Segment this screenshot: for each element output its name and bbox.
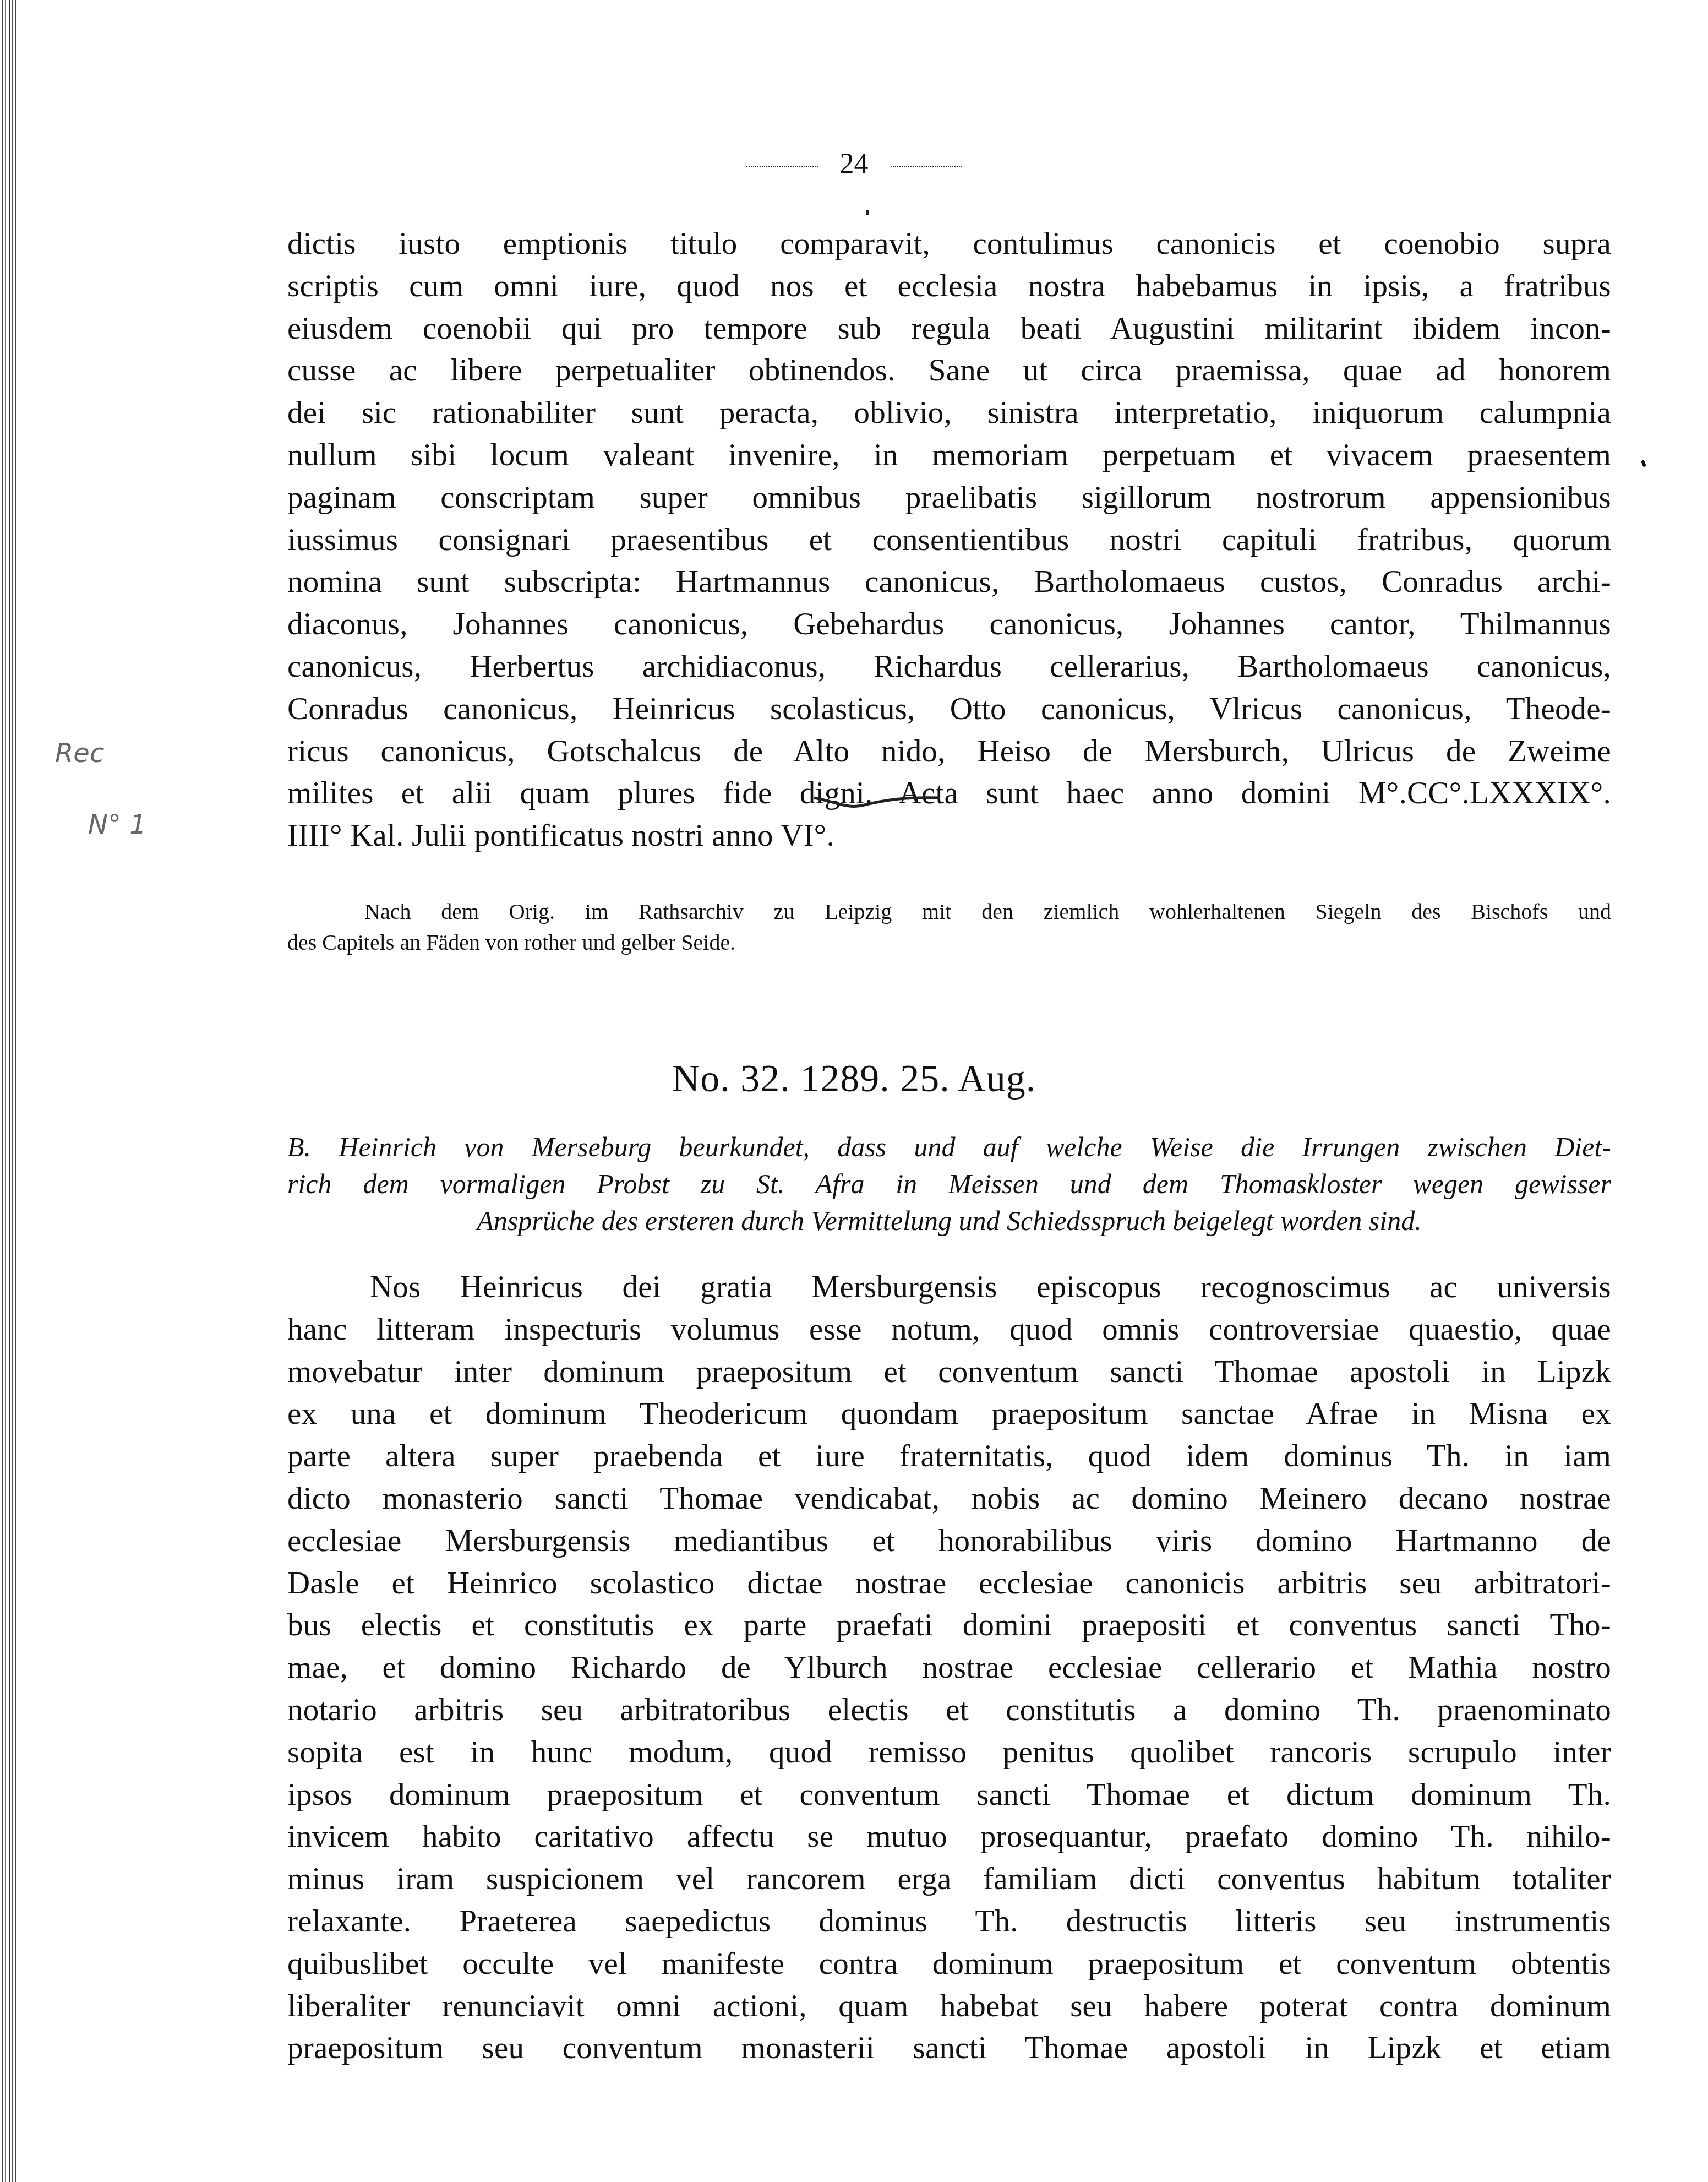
margin-tick-mark xyxy=(1641,460,1646,467)
summary-line: B. Heinrich von Merseburg beurkundet, da… xyxy=(287,1129,1611,1166)
document-summary: B. Heinrich von Merseburg beurkundet, da… xyxy=(287,1129,1611,1239)
text-line: Conradus canonicus, Heinricus scolasticu… xyxy=(287,688,1611,731)
margin-annotation-rec: Rec xyxy=(55,738,104,769)
header-rule-right xyxy=(891,166,962,167)
body-line: movebatur inter dominum praepositum et c… xyxy=(287,1351,1611,1394)
body-line: ecclesiae Mersburgensis mediantibus et h… xyxy=(287,1520,1611,1563)
text-line: nomina sunt subscripta: Hartmannus canon… xyxy=(287,561,1611,603)
text-line: canonicus, Herbertus archidiaconus, Rich… xyxy=(287,646,1611,688)
printer-mark xyxy=(866,210,869,215)
page-number: 24 xyxy=(840,148,869,179)
body-line: notario arbitris seu arbitratoribus elec… xyxy=(287,1689,1611,1732)
note-line: Nach dem Orig. im Rathsarchiv zu Leipzig… xyxy=(287,896,1611,927)
summary-line: rich dem vormaligen Probst zu St. Afra i… xyxy=(287,1166,1611,1202)
pencil-curve-mark xyxy=(812,796,942,810)
text-line: paginam conscriptam super omnibus praeli… xyxy=(287,477,1611,519)
text-line: dictis iusto emptionis titulo comparavit… xyxy=(287,223,1611,265)
text-line: IIII° Kal. Julii pontificatus nostri ann… xyxy=(287,815,1611,857)
body-line: Nos Heinricus dei gratia Mersburgensis e… xyxy=(287,1266,1611,1309)
body-line: Dasle et Heinrico scolastico dictae nost… xyxy=(287,1563,1611,1605)
body-line: praepositum seu conventum monasterii san… xyxy=(287,2027,1611,2070)
text-line: nullum sibi locum valeant invenire, in m… xyxy=(287,434,1611,477)
body-line: dicto monasterio sancti Thomae vendicaba… xyxy=(287,1478,1611,1520)
body-line: hanc litteram inspecturis volumus esse n… xyxy=(287,1309,1611,1351)
text-line: dei sic rationabiliter sunt peracta, obl… xyxy=(287,392,1611,434)
page-header: 24 xyxy=(0,148,1708,180)
continuation-text: dictis iusto emptionis titulo comparavit… xyxy=(287,223,1611,857)
text-line: scriptis cum omni iure, quod nos et eccl… xyxy=(287,265,1611,308)
header-rule-left xyxy=(746,166,818,167)
summary-line: Ansprüche des ersteren durch Vermittelun… xyxy=(287,1202,1611,1239)
margin-annotation-number: N° 1 xyxy=(88,809,146,840)
body-line: relaxante. Praeterea saepedictus dominus… xyxy=(287,1901,1611,1943)
text-line: cusse ac libere perpetualiter obtinendos… xyxy=(287,350,1611,392)
body-line: parte altera super praebenda et iure fra… xyxy=(287,1435,1611,1478)
source-note: Nach dem Orig. im Rathsarchiv zu Leipzig… xyxy=(287,896,1611,958)
note-line: des Capitels an Fäden von rother und gel… xyxy=(287,927,1611,958)
body-line: ex una et dominum Theodericum quondam pr… xyxy=(287,1393,1611,1435)
text-line: ricus canonicus, Gotschalcus de Alto nid… xyxy=(287,731,1611,773)
text-line: iussimus consignari praesentibus et cons… xyxy=(287,519,1611,562)
body-line: liberaliter renunciavit omni actioni, qu… xyxy=(287,1985,1611,2028)
body-line: quibuslibet occulte vel manifeste contra… xyxy=(287,1943,1611,1985)
text-line: milites et alii quam plures fide digni. … xyxy=(287,772,1611,815)
text-line: eiusdem coenobii qui pro tempore sub reg… xyxy=(287,308,1611,350)
body-line: bus electis et constitutis ex parte prae… xyxy=(287,1604,1611,1647)
body-line: invicem habito caritativo affectu se mut… xyxy=(287,1816,1611,1858)
document-title: No. 32. 1289. 25. Aug. xyxy=(0,1057,1708,1101)
body-line: sopita est in hunc modum, quod remisso p… xyxy=(287,1732,1611,1774)
body-line: mae, et domino Richardo de Ylburch nostr… xyxy=(287,1647,1611,1689)
body-line: ipsos dominum praepositum et conventum s… xyxy=(287,1774,1611,1816)
body-line: minus iram suspicionem vel rancorem erga… xyxy=(287,1858,1611,1901)
text-line: diaconus, Johannes canonicus, Gebehardus… xyxy=(287,603,1611,646)
document-body: Nos Heinricus dei gratia Mersburgensis e… xyxy=(287,1266,1611,2070)
